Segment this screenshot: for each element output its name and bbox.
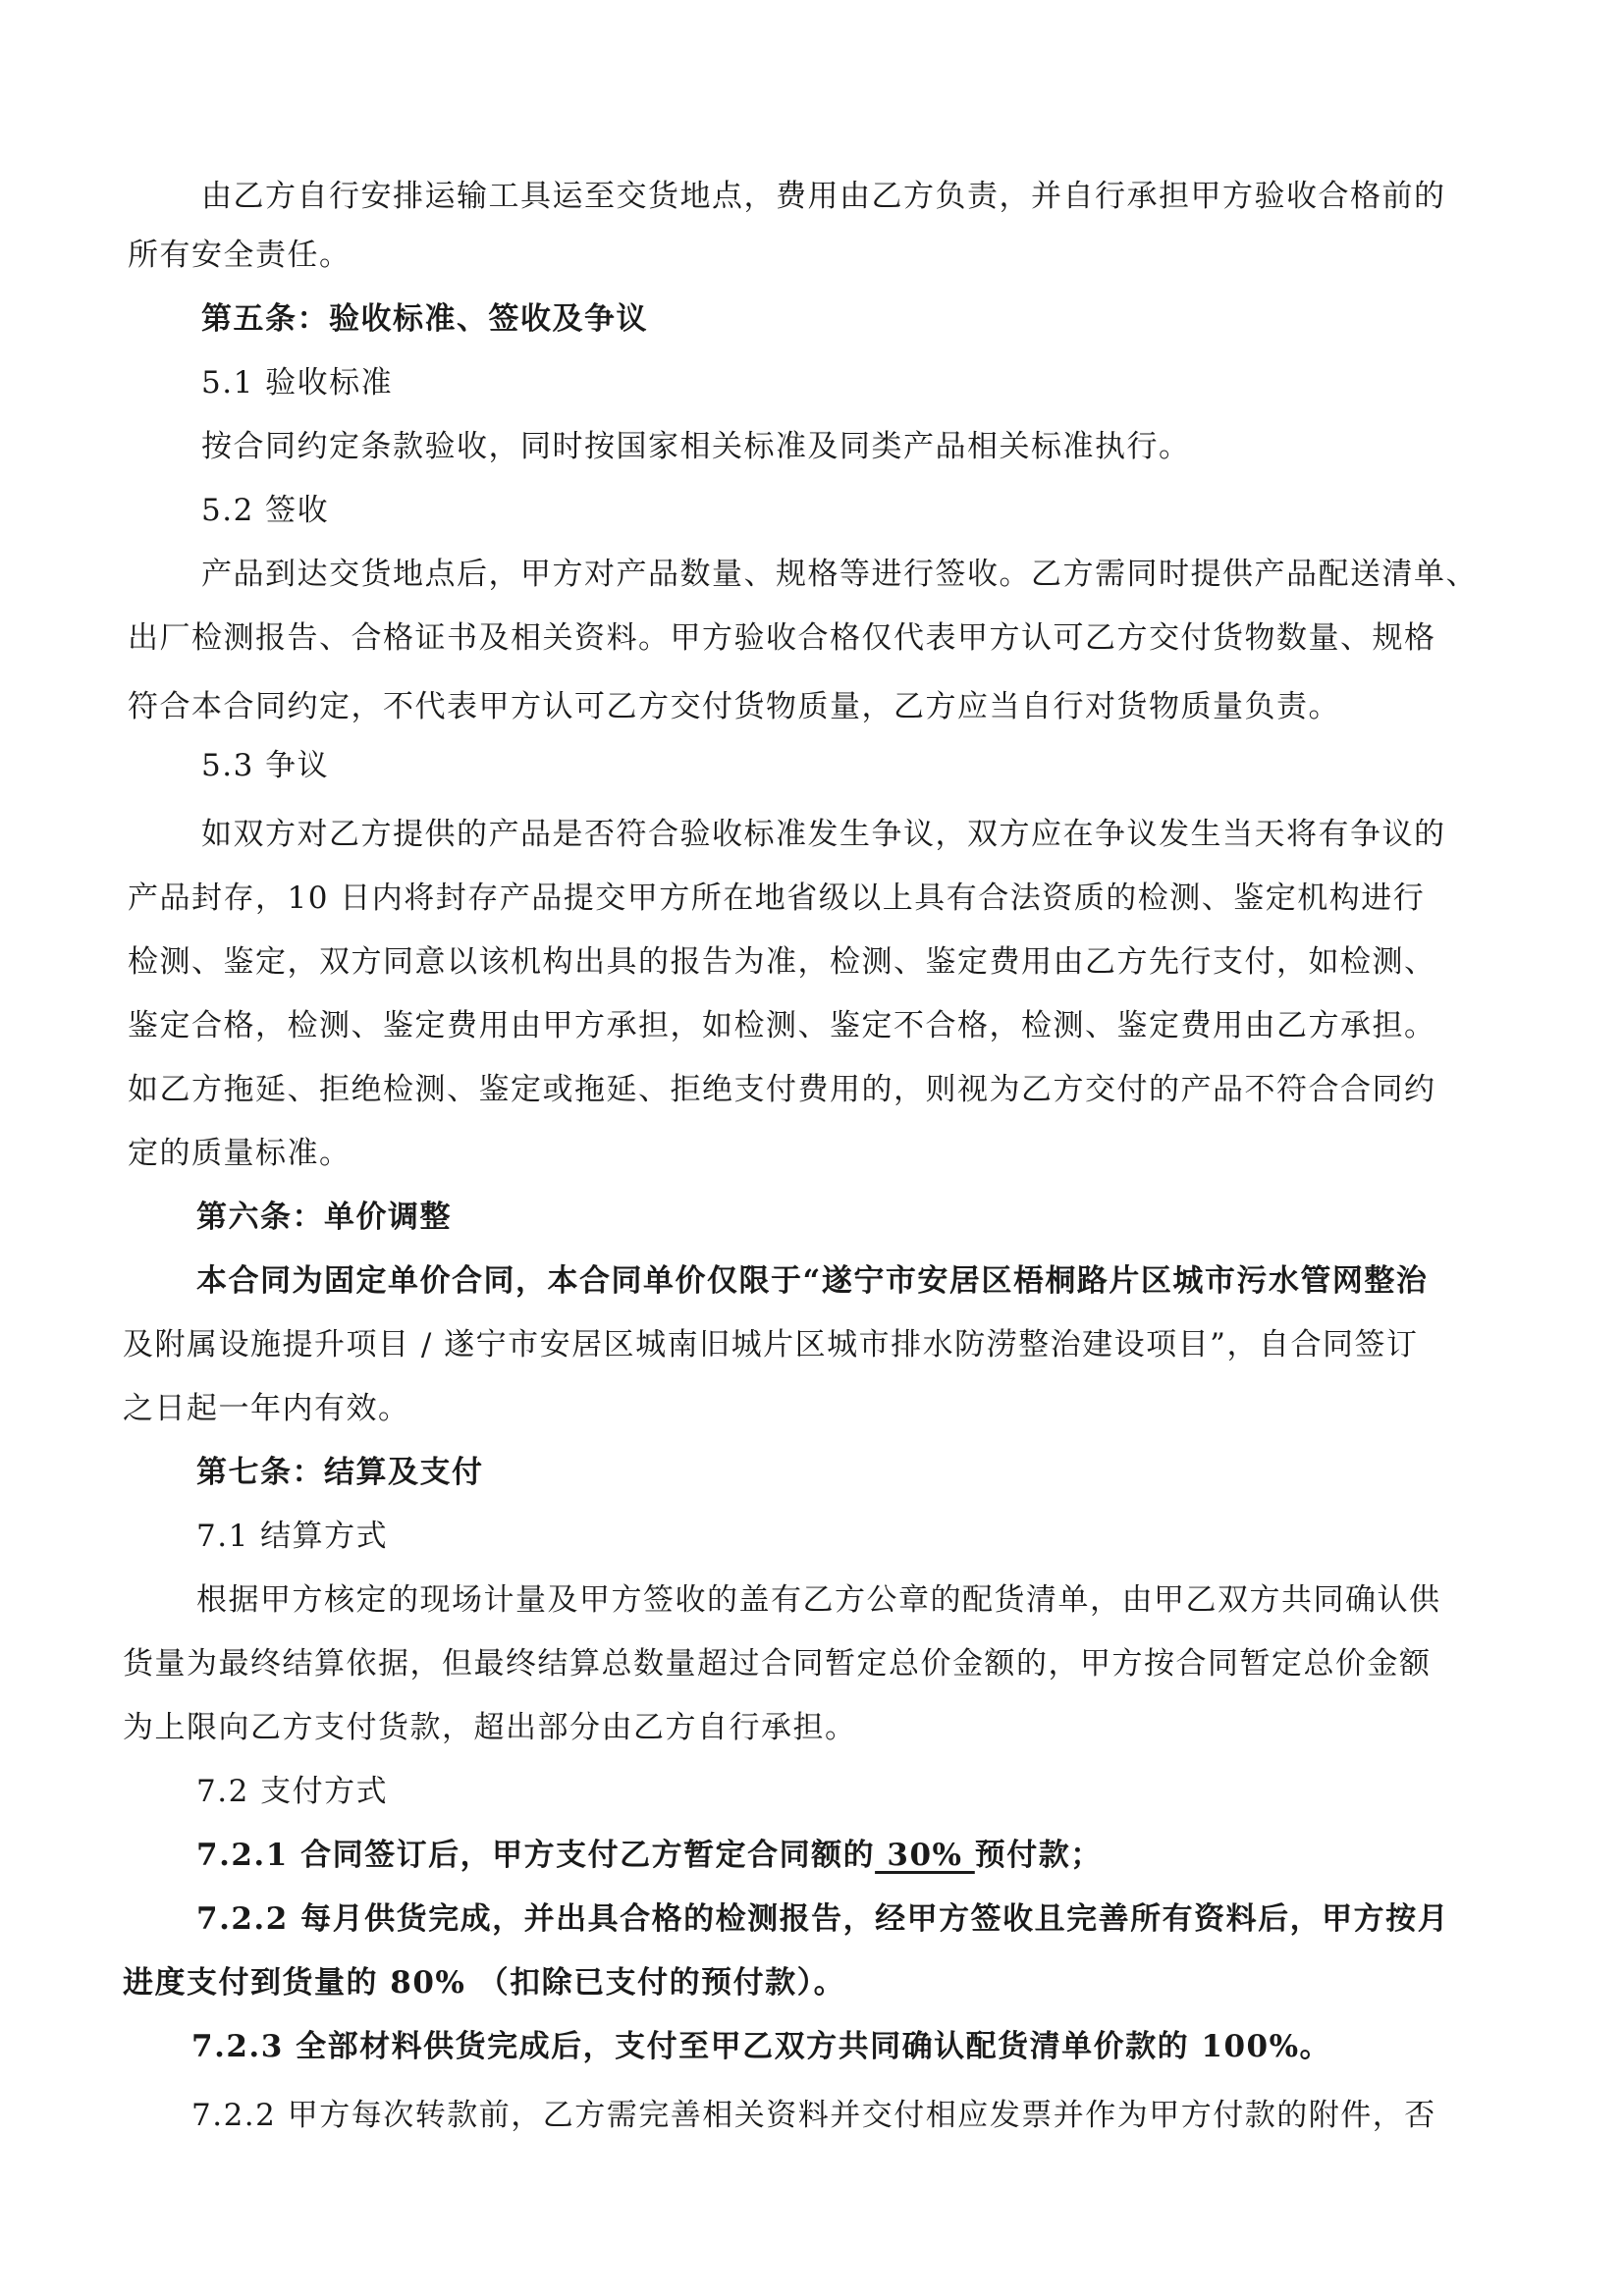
paragraph-line: 之日起一年内有效。 <box>123 1389 410 1428</box>
clause-7-2-2-transfer: 7.2.2 甲方每次转款前，乙方需完善相关资料并交付相应发票并作为甲方付款的附件… <box>191 2096 1436 2135</box>
paragraph-line: 鉴定合格，检测、鉴定费用由甲方承担，如检测、鉴定不合格，检测、鉴定费用由乙方承担… <box>128 1006 1436 1045</box>
paragraph-line: 根据甲方核定的现场计量及甲方签收的盖有乙方公章的配货清单，由甲乙双方共同确认供 <box>196 1580 1441 1620</box>
paragraph-line: 本合同为固定单价合同，本合同单价仅限于“遂宁市安居区梧桐路片区城市污水管网整治 <box>196 1261 1428 1301</box>
paragraph-line: 如双方对乙方提供的产品是否符合验收标准发生争议，双方应在争议发生当天将有争议的 <box>201 815 1446 854</box>
paragraph-line: 定的质量标准。 <box>128 1134 352 1173</box>
paragraph-line: 按合同约定条款验收，同时按国家相关标准及同类产品相关标准执行。 <box>201 427 1191 466</box>
paragraph-line: 产品封存，10 日内将封存产品提交甲方所在地省级以上具有合法资质的检测、鉴定机构… <box>128 879 1425 918</box>
section-heading-6: 第六条：单价调整 <box>196 1198 452 1237</box>
paragraph-line: 为上限向乙方支付货款，超出部分由乙方自行承担。 <box>123 1708 857 1747</box>
section-heading-7: 第七条：结算及支付 <box>196 1453 484 1492</box>
clause-7-2-2: 7.2.2 每月供货完成，并出具合格的检测报告，经甲方签收且完善所有资料后，甲方… <box>196 1899 1449 1939</box>
paragraph-line: 货量为最终结算依据，但最终结算总数量超过合同暂定总价金额的，甲方按合同暂定总价金… <box>123 1644 1432 1683</box>
subsection-heading-5-3: 5.3 争议 <box>201 746 329 785</box>
paragraph-line: 产品到达交货地点后，甲方对产品数量、规格等进行签收。乙方需同时提供产品配送清单、 <box>201 555 1478 594</box>
subsection-heading-5-1: 5.1 验收标准 <box>201 363 393 402</box>
paragraph-line: 出厂检测报告、合格证书及相关资料。甲方验收合格仅代表甲方认可乙方交付货物数量、规… <box>128 618 1436 658</box>
paragraph-line: 进度支付到货量的 80% （扣除已支付的预付款）。 <box>123 1963 845 2002</box>
clause-text: 预付款； <box>975 1838 1103 1873</box>
subsection-heading-7-1: 7.1 结算方式 <box>196 1517 388 1556</box>
paragraph-line: 所有安全责任。 <box>128 236 352 275</box>
paragraph-line: 及附属设施提升项目 / 遂宁市安居区城南旧城片区城市排水防涝整治建设项目”，自合… <box>123 1325 1419 1364</box>
paragraph-line: 由乙方自行安排运输工具运至交货地点，费用由乙方负责，并自行承担甲方验收合格前的 <box>201 177 1446 216</box>
subsection-heading-5-2: 5.2 签收 <box>201 491 329 530</box>
document-page: 由乙方自行安排运输工具运至交货地点，费用由乙方负责，并自行承担甲方验收合格前的 … <box>0 0 1624 2296</box>
advance-percentage: 30% <box>875 1838 975 1873</box>
paragraph-line: 检测、鉴定，双方同意以该机构出具的报告为准，检测、鉴定费用由乙方先行支付，如检测… <box>128 942 1436 982</box>
clause-text: 7.2.1 合同签订后，甲方支付乙方暂定合同额的 <box>196 1838 875 1873</box>
clause-7-2-1: 7.2.1 合同签订后，甲方支付乙方暂定合同额的 30% 预付款； <box>196 1836 1103 1875</box>
paragraph-line: 符合本合同约定，不代表甲方认可乙方交付货物质量，乙方应当自行对货物质量负责。 <box>128 687 1340 726</box>
clause-7-2-3: 7.2.3 全部材料供货完成后，支付至甲乙双方共同确认配货清单价款的 100%。 <box>191 2027 1331 2066</box>
section-heading-5: 第五条：验收标准、签收及争议 <box>201 299 648 339</box>
paragraph-line: 如乙方拖延、拒绝检测、鉴定或拖延、拒绝支付费用的，则视为乙方交付的产品不符合合同… <box>128 1070 1436 1109</box>
subsection-heading-7-2: 7.2 支付方式 <box>196 1772 388 1811</box>
